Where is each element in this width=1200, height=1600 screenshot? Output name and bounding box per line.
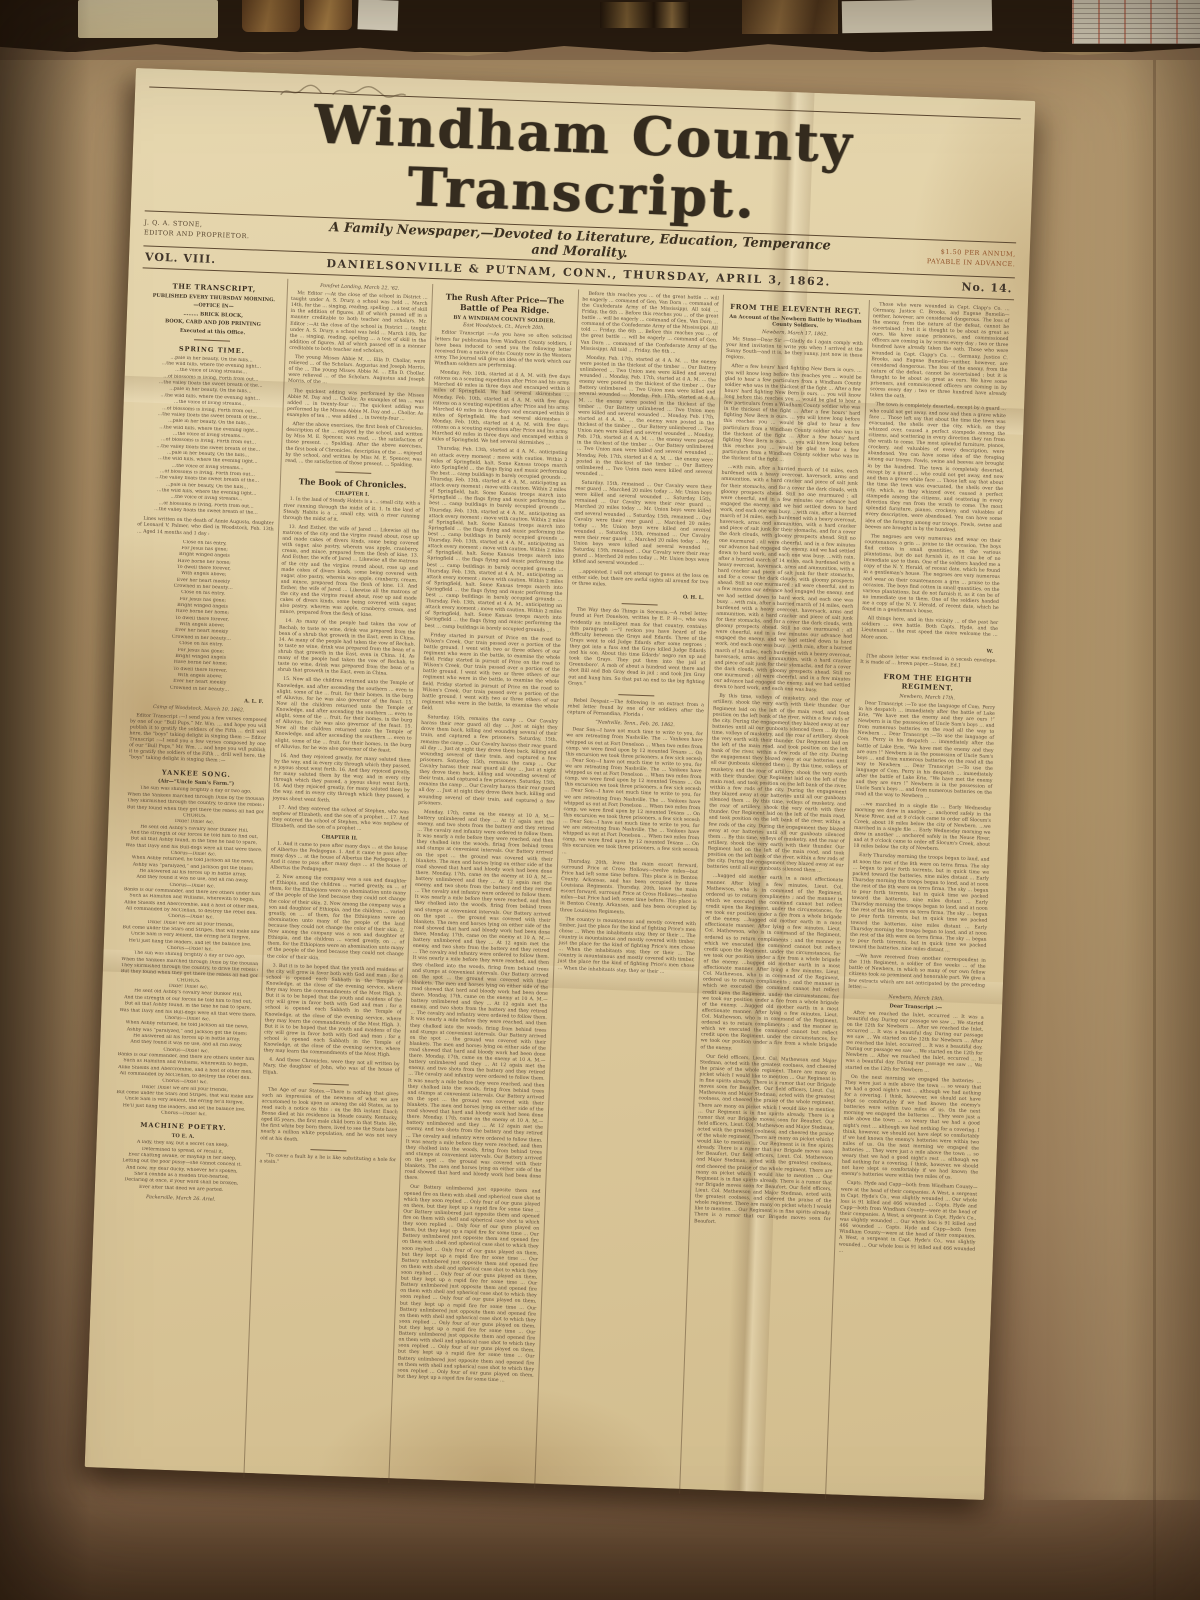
divider-rule [335,471,371,473]
subscription-price: $1.50 PER ANNUM, PAYABLE IN ADVANCE. [845,244,1016,270]
article-paragraph: 16. And they rejoiced greatly, for many … [273,753,411,807]
article-paragraph: Mr. Stone—Dear Sir :—Gladly do I again c… [726,337,863,366]
photo-shadow-bottom [0,1490,1200,1600]
article-headline: The Rush After Price—The Battle of Pea R… [438,291,571,316]
article-paragraph: The negroes are very numerous and wear o… [862,534,1001,618]
article-paragraph: Early Thursday morning the troops began … [850,853,990,956]
background-white-paper [842,0,993,33]
article-paragraph: 1. In the land of Steady Habits is a … s… [283,497,420,526]
article-paragraph: …with rain, after a hurried march of 14 … [714,465,859,696]
article-paragraph: Before this reaches you … of the great b… [580,291,719,357]
article-paragraph: 1. And it came to pass after many days …… [270,841,408,877]
article-paragraph: Mr. Editor :—At the close of the school … [289,291,428,357]
article-paragraph: 2. Now among the company was a son and d… [267,875,407,965]
article-paragraph: Lines written on the death of Annie Augu… [137,517,274,540]
cardboard-highlight [1010,60,1200,1500]
article-paragraph: …appointed. I will not attempt to guess … [572,569,709,592]
article-paragraph: 14. As many of the people had taken the … [277,619,415,679]
background-printed-list-paper [1072,0,1200,44]
article-paragraph: By this time, volleys of musketry, and t… [707,694,850,876]
article-paragraph: …hugged old mother earth in a most affec… [700,874,843,1056]
background-glossy-object [600,2,690,28]
article-paragraph: Monday, Feb. 10th, started at 4 A. M. wi… [431,370,570,448]
signature: W. [861,644,994,655]
background-white-card [357,0,398,31]
background-glass-jar [242,0,300,32]
newspaper-columns: THE TRANSCRIPT,PUBLISHED EVERY THURSDAY … [98,273,1013,1504]
article-paragraph: Our Battery unlimbered just opposite the… [397,1185,541,1385]
article-paragraph: Thursday, 20th, leave the main escort fo… [560,859,698,919]
article-paragraph: “To cover a fault by a lie is like subst… [259,1153,396,1170]
signature: O. H. L. [571,590,704,601]
article-paragraph: Monday, 17th, came on the enemy at 10 A.… [404,810,554,1187]
newspaper-page: Windham County Transcript. J. Q. A. STON… [85,68,1036,1500]
article-paragraph: Capts. Hyde and Capp—both from Windham C… [838,1181,977,1259]
divider-rule [621,603,657,605]
article-paragraph: The country is mountainous and mostly co… [558,917,696,977]
article-paragraph: 13. And Esther, the wife of Jared … Like… [279,525,419,622]
divider-rule [194,340,230,342]
publisher-credit: J. Q. A. STONE, EDITOR AND PROPRIETOR. [144,218,315,244]
signature: A. L. F. [131,694,264,705]
article-paragraph: …we marched in a single file … Early Wed… [853,801,991,855]
article-paragraph: Saturday, 15th, remained … Our Cavalry w… [573,480,713,570]
divider-rule [310,1149,346,1151]
poem-stanza: A lady, they say, but a secret can keep,… [113,1139,251,1195]
article-paragraph: 15. Now all the children returned unto t… [275,677,414,755]
divider-rule [618,694,654,696]
poem-stanza: The sun was shining brightly a day or tw… [116,786,264,1121]
article-dateline: Packerville, March 26. Ariel. [112,1194,249,1205]
photo-shadow-left [0,0,90,1600]
background-glossy-object [742,0,838,34]
article-paragraph: The quickest adding was performed by the… [287,388,425,424]
background-glass-jar [304,0,352,30]
article-paragraph: [The above letter was enclosed in a sece… [860,654,997,671]
article-paragraph: Dear Son—I have not much time to write t… [562,728,703,861]
article-paragraph: On the next morning we engaged the batte… [841,1074,981,1183]
article-paragraph: Thursday, Feb. 13th, started at 4 A. M.,… [425,446,568,634]
article-headline: The Book of Chronicles. [286,476,419,491]
background-cream-box [78,0,218,38]
section-headline: FROM THE EIGHTH REGIMENT. [860,671,995,694]
article-paragraph: 17. And they entered the school of Steph… [272,805,409,834]
poem-stanza: Close on his entry,For Jesus has gone;Br… [131,538,273,695]
article-paragraph: All things here, and in this vicinity … … [861,616,998,645]
article-paragraph: Dear Transcript :—To use the language of… [855,701,995,804]
cardboard-crease [1153,60,1156,1600]
article-paragraph: The Age of our States.—There is nothing … [260,1087,398,1147]
article-paragraph: 3. But it is to be hoped that the youth … [263,963,403,1060]
divider-rule [313,1083,349,1085]
article-paragraph: Editor Transcript :—I send you a few ver… [129,713,267,767]
article-paragraph: The town is completely deserted, except … [865,403,1006,536]
article-paragraph: Friday started in pursuit of Price on th… [422,633,561,717]
volume-label: VOL. VIII. [145,250,265,267]
newspaper-sheet: Windham County Transcript. J. Q. A. STON… [85,68,1036,1500]
article-paragraph: Monday, Feb. 17th, started at 4 A. M. … … [576,355,717,482]
article-paragraph: Rebel Despair.—The following is an extra… [567,698,704,721]
article-paragraph: After we reached the Inlet, occurred … I… [845,1010,984,1076]
article-paragraph: The young Misses Abbie M. … Ella D. Chol… [288,355,426,391]
issue-number: No. 14. [892,278,1012,295]
article-paragraph: After the above exercises, the first boo… [285,422,423,470]
article-paragraph: The Way they do Things in Secessia.—A re… [568,608,707,692]
article-paragraph: 4. And these Chronicles, were they not a… [263,1058,400,1081]
article-paragraph: After a few hours' hard fighting New Ber… [722,364,862,467]
article-paragraph: Saturday, 15th, remains the camp … Our C… [418,715,558,812]
article-paragraph: Those who were wounded in Capt. Clapp's … [870,302,1010,405]
article-paragraph: Editor Transcript :—As you have so often… [434,331,572,373]
poem-stanza: …pale in her beauty, On the hills……the w… [138,354,280,517]
article-paragraph: Our field officers, Lieut. Col. Mathewso… [694,1054,837,1230]
photo-of-antique-newspaper: Windham County Transcript. J. Q. A. STON… [0,0,1200,1600]
article-paragraph: —We have received from another correspon… [848,954,986,996]
